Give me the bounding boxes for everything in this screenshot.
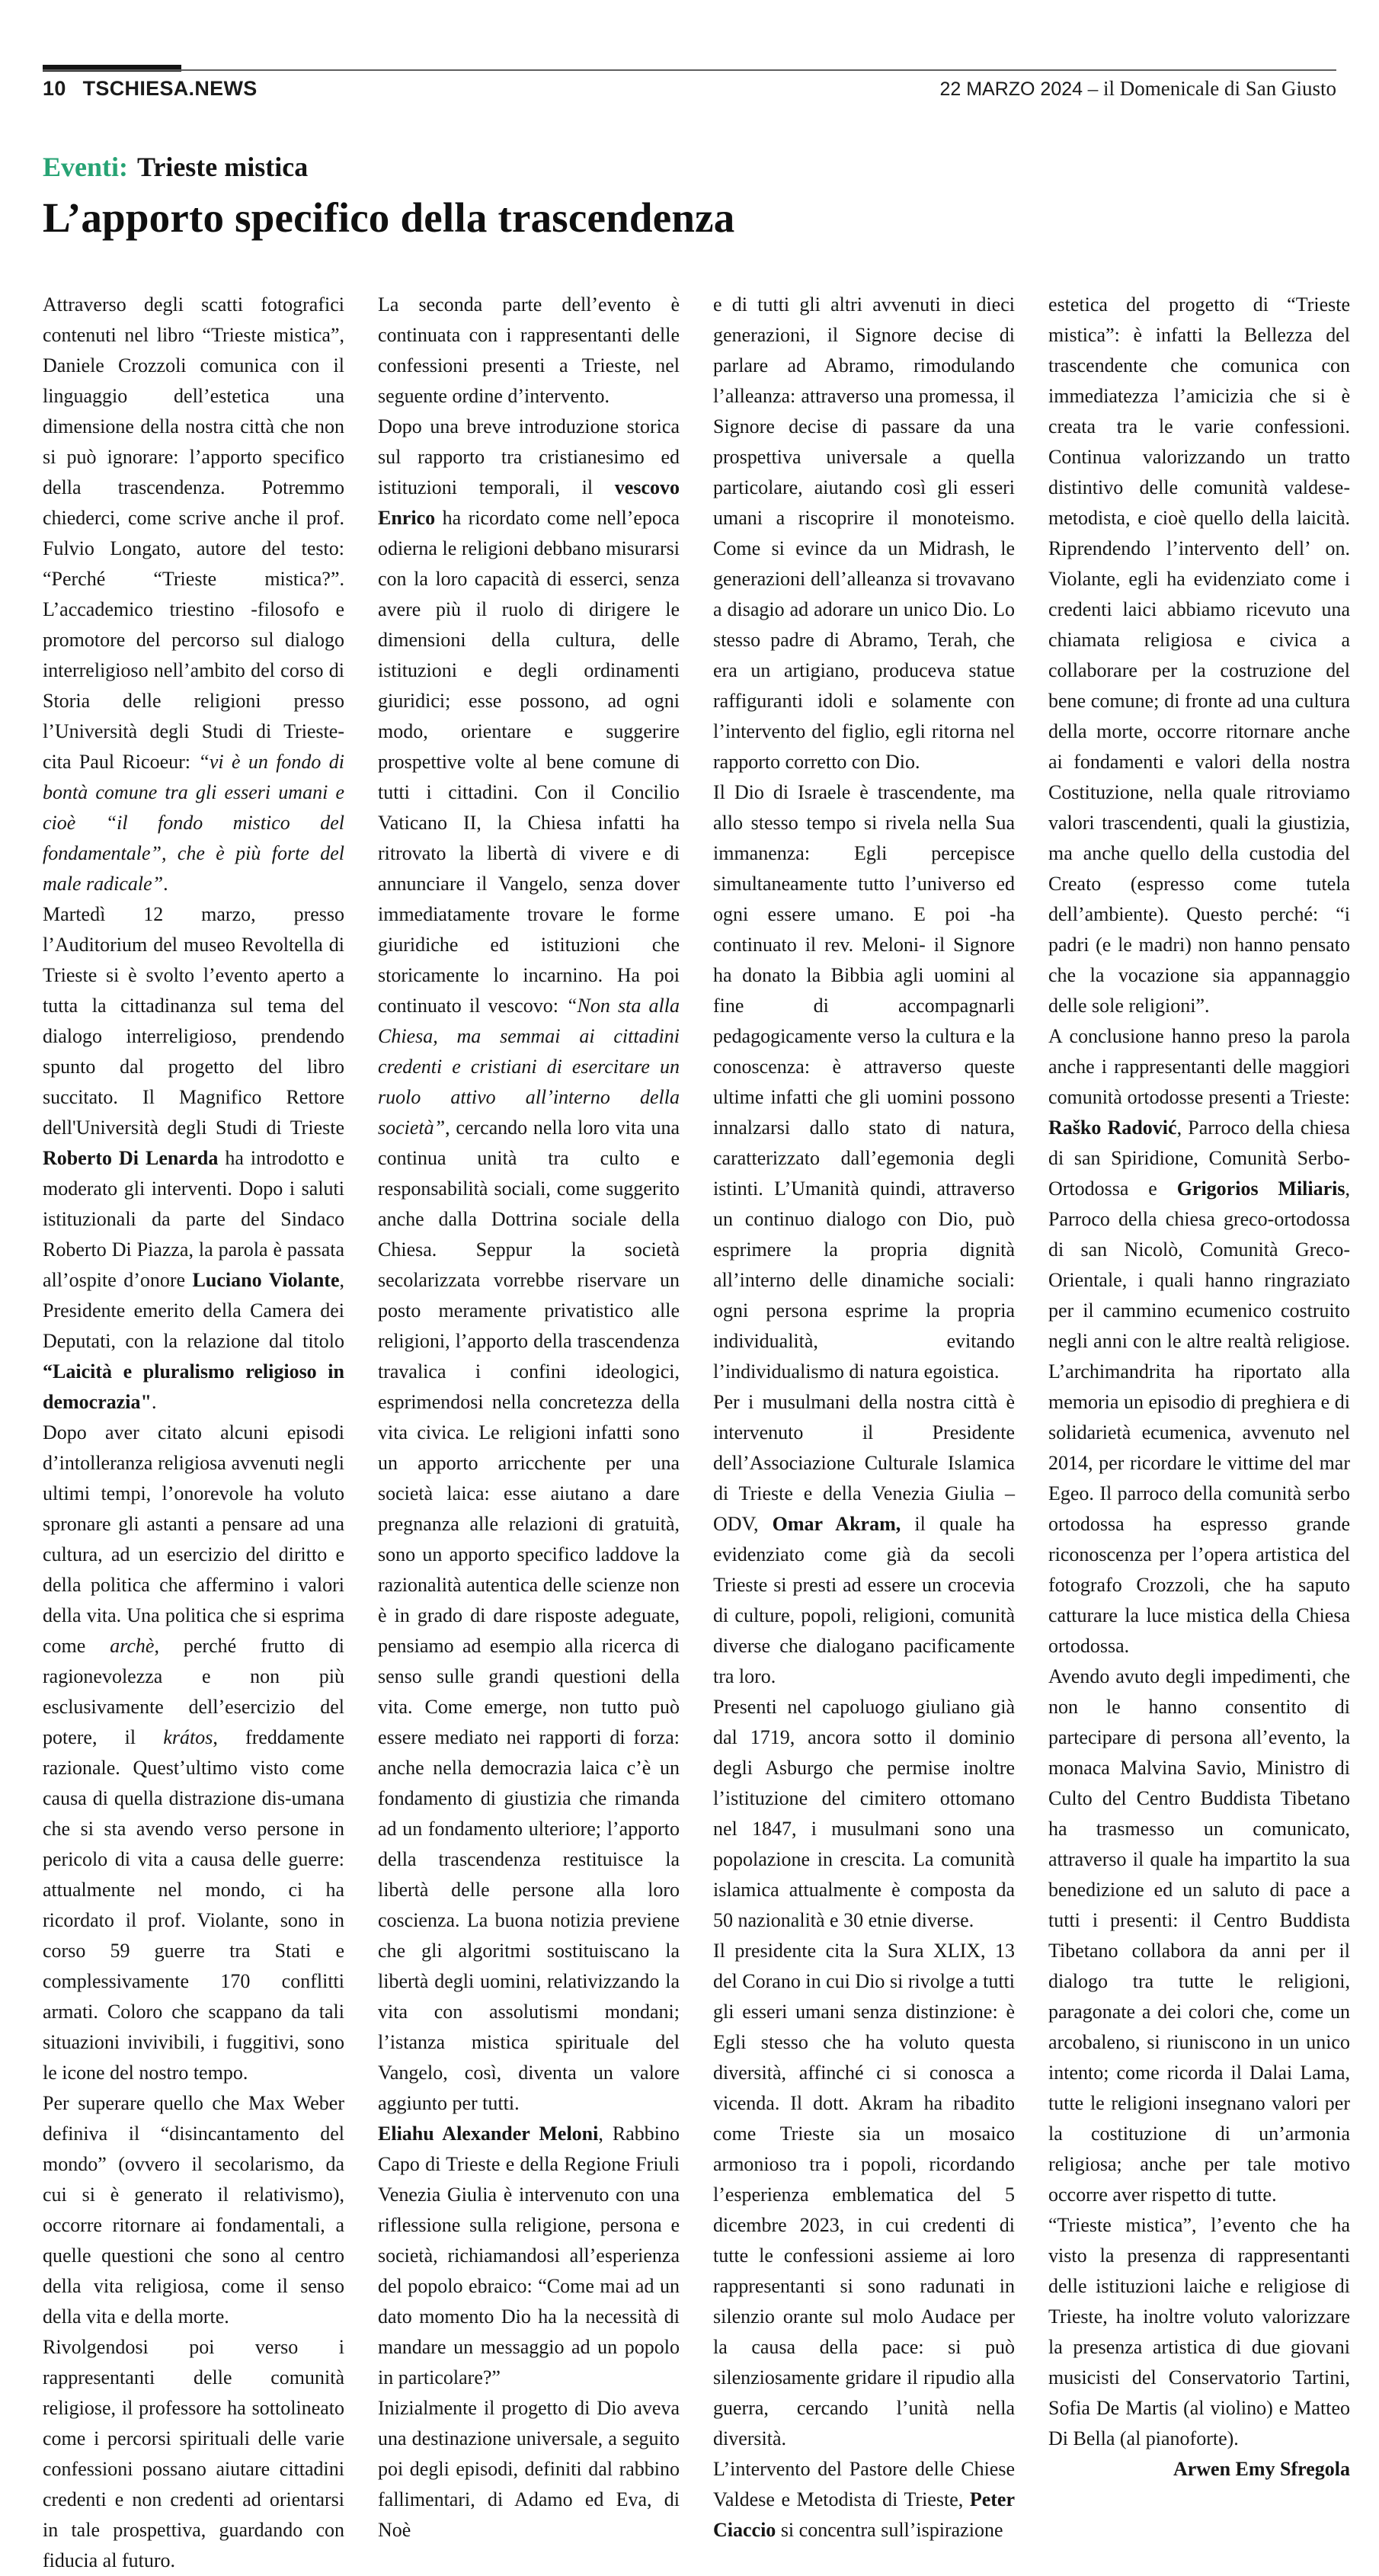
paragraph: L’intervento del Pastore delle Chiese Va… <box>713 2454 1015 2546</box>
byline: Arwen Emy Sfregola <box>1048 2454 1350 2485</box>
edition-name: – il Domenicale di San Giusto <box>1088 77 1336 100</box>
paragraph: Presenti nel capoluogo giuliano già dal … <box>713 1692 1015 1936</box>
article-column: estetica del progetto di “Trieste mistic… <box>1048 290 1350 2576</box>
paragraph: e di tutti gli altri avvenuti in dieci g… <box>713 290 1015 777</box>
article-column: Attraverso degli scatti fotografici cont… <box>43 290 344 2576</box>
brand: TSCHIESA.NEWS <box>83 77 258 101</box>
paragraph: Avendo avuto degli impedimenti, che non … <box>1048 1661 1350 2210</box>
paragraph: Martedì 12 marzo, presso l’Auditorium de… <box>43 899 344 1418</box>
article-column: e di tutti gli altri avvenuti in dieci g… <box>713 290 1015 2576</box>
paragraph: Per i musulmani della nostra città è int… <box>713 1387 1015 1692</box>
article-body: Attraverso degli scatti fotografici cont… <box>43 290 1350 2576</box>
kicker: Eventi:Trieste mistica <box>43 151 308 183</box>
paragraph: Dopo aver citato alcuni episodi d’intoll… <box>43 1418 344 2088</box>
kicker-topic: Trieste mistica <box>137 152 308 182</box>
masthead-rule <box>43 69 1336 71</box>
paragraph: Inizialmente il progetto di Dio aveva un… <box>378 2393 680 2546</box>
page-title: L’apporto specifico della trascendenza <box>43 194 734 242</box>
paragraph: La seconda parte dell’evento è continuat… <box>378 290 680 412</box>
paragraph: Per superare quello che Max Weber defini… <box>43 2088 344 2332</box>
paragraph: estetica del progetto di “Trieste mistic… <box>1048 290 1350 1021</box>
paragraph: Il presidente cita la Sura XLIX, 13 del … <box>713 1936 1015 2454</box>
paragraph: A conclusione hanno preso la parola anch… <box>1048 1021 1350 1661</box>
paragraph: Eliahu Alexander Meloni, Rabbino Capo di… <box>378 2119 680 2393</box>
article-column: La seconda parte dell’evento è continuat… <box>378 290 680 2576</box>
paragraph: Il Dio di Israele è trascendente, ma all… <box>713 777 1015 1387</box>
dateline: 22 MARZO 2024 <box>939 78 1083 100</box>
paragraph: Rivolgendosi poi verso i rappresentanti … <box>43 2332 344 2576</box>
paragraph: “Trieste mistica”, l’evento che ha visto… <box>1048 2210 1350 2454</box>
kicker-label: Eventi: <box>43 152 128 182</box>
masthead: 10 TSCHIESA.NEWS 22 MARZO 2024 – il Dome… <box>43 77 1336 101</box>
paragraph: Dopo una breve introduzione storica sul … <box>378 412 680 2119</box>
paragraph: Attraverso degli scatti fotografici cont… <box>43 290 344 899</box>
page-number: 10 <box>43 77 66 101</box>
